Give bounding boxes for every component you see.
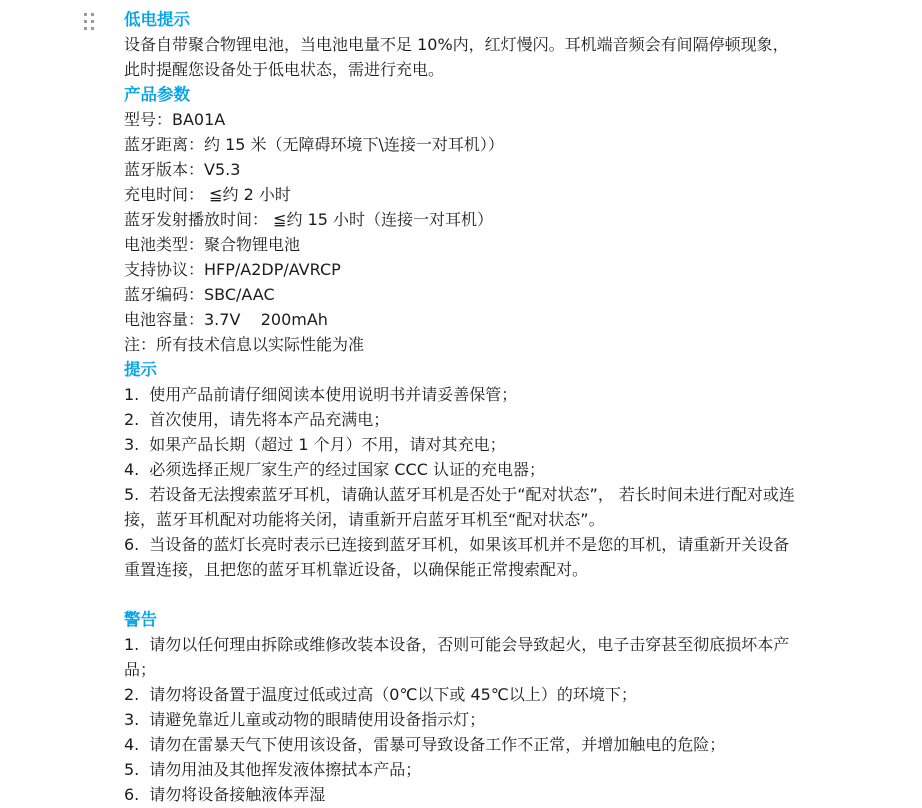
list-item-number: 1. (124, 385, 139, 404)
list-item-number: 1. (124, 635, 139, 654)
list-item-number: 3. (124, 710, 139, 729)
body-paragraph: 设备自带聚合物锂电池，当电池电量不足 10%内，红灯慢闪。耳机端音频会有间隔停顿… (124, 32, 796, 82)
list-item: 4.请勿在雷暴天气下使用该设备，雷暴可导致设备工作不正常，并增加触电的危险； (124, 732, 796, 757)
list-item-text: 当设备的蓝灯长亮时表示已连接到蓝牙耳机，如果该耳机并不是您的耳机，请重新开关设备… (124, 535, 789, 579)
list-item-text: 首次使用，请先将本产品充满电； (149, 410, 389, 429)
list-item-number: 4. (124, 460, 139, 479)
list-item-number: 3. (124, 435, 139, 454)
list-item: 1.使用产品前请仔细阅读本使用说明书并请妥善保管； (124, 382, 796, 407)
document-page: 低电提示 设备自带聚合物锂电池，当电池电量不足 10%内，红灯慢闪。耳机端音频会… (0, 0, 922, 807)
list-item: 6.当设备的蓝灯长亮时表示已连接到蓝牙耳机，如果该耳机并不是您的耳机，请重新开关… (124, 532, 796, 582)
list-item-number: 6. (124, 785, 139, 804)
list-item-number: 2. (124, 685, 139, 704)
list-item-text: 必须选择正规厂家生产的经过国家 CCC 认证的充电器； (149, 460, 545, 479)
spec-line-bt-version: 蓝牙版本：V5.3 (124, 157, 796, 182)
list-item-text: 使用产品前请仔细阅读本使用说明书并请妥善保管； (149, 385, 517, 404)
list-item-text: 请勿将设备置于温度过低或过高（0℃以下或 45℃以上）的环境下； (149, 685, 637, 704)
section-heading-product-specs: 产品参数 (124, 82, 796, 107)
list-item: 2.请勿将设备置于温度过低或过高（0℃以下或 45℃以上）的环境下； (124, 682, 796, 707)
list-item-number: 5. (124, 760, 139, 779)
list-item-number: 4. (124, 735, 139, 754)
list-item: 5.若设备无法搜索蓝牙耳机，请确认蓝牙耳机是否处于“配对状态”， 若长时间未进行… (124, 482, 796, 532)
list-item-text: 请避免靠近儿童或动物的眼睛使用设备指示灯； (149, 710, 485, 729)
list-item-text: 请勿将设备接触液体弄湿 (149, 785, 325, 804)
list-item: 1.请勿以任何理由拆除或维修改装本设备，否则可能会导致起火，电子击穿甚至彻底损坏… (124, 632, 796, 682)
spec-line-battery-capacity: 电池容量：3.7V 200mAh (124, 307, 796, 332)
list-item: 3.请避免靠近儿童或动物的眼睛使用设备指示灯； (124, 707, 796, 732)
list-item-text: 如果产品长期（超过 1 个月）不用，请对其充电； (149, 435, 505, 454)
list-item: 3.如果产品长期（超过 1 个月）不用，请对其充电； (124, 432, 796, 457)
list-item-number: 2. (124, 410, 139, 429)
list-item: 2.首次使用，请先将本产品充满电； (124, 407, 796, 432)
spec-line-protocols: 支持协议：HFP/A2DP/AVRCP (124, 257, 796, 282)
blank-line (124, 582, 796, 607)
section-heading-tips: 提示 (124, 357, 796, 382)
list-item-text: 若设备无法搜索蓝牙耳机，请确认蓝牙耳机是否处于“配对状态”， 若长时间未进行配对… (124, 485, 795, 529)
spec-line-note: 注：所有技术信息以实际性能为准 (124, 332, 796, 357)
list-item: 5.请勿用油及其他挥发液体擦拭本产品； (124, 757, 796, 782)
spec-line-charge-time: 充电时间： ≦约 2 小时 (124, 182, 796, 207)
list-item-text: 请勿在雷暴天气下使用该设备，雷暴可导致设备工作不正常，并增加触电的危险； (149, 735, 725, 754)
list-item-number: 5. (124, 485, 139, 504)
list-item-text: 请勿用油及其他挥发液体擦拭本产品； (149, 760, 421, 779)
spec-line-bt-distance: 蓝牙距离：约 15 米（无障碍环境下\连接一对耳机）） (124, 132, 796, 157)
drag-handle-icon[interactable] (84, 13, 94, 30)
list-item: 4.必须选择正规厂家生产的经过国家 CCC 认证的充电器； (124, 457, 796, 482)
section-heading-low-battery: 低电提示 (124, 7, 796, 32)
spec-line-play-time: 蓝牙发射播放时间： ≦约 15 小时（连接一对耳机） (124, 207, 796, 232)
section-heading-warning: 警告 (124, 607, 796, 632)
spec-line-bt-codec: 蓝牙编码：SBC/AAC (124, 282, 796, 307)
list-item: 6.请勿将设备接触液体弄湿 (124, 782, 796, 807)
list-item-text: 请勿以任何理由拆除或维修改装本设备，否则可能会导致起火，电子击穿甚至彻底损坏本产… (124, 635, 789, 679)
spec-line-battery-type: 电池类型：聚合物锂电池 (124, 232, 796, 257)
spec-line-model: 型号：BA01A (124, 107, 796, 132)
list-item-number: 6. (124, 535, 139, 554)
